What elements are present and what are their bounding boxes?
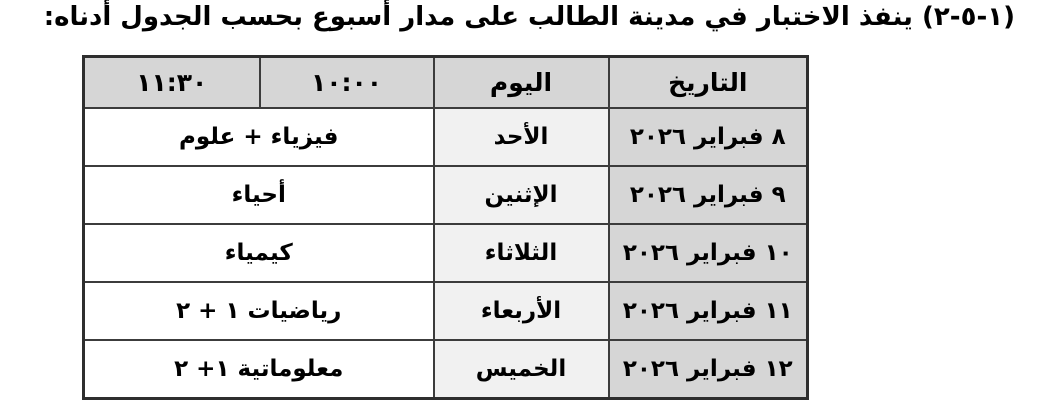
column-header-time-1000: ١٠:٠٠ [260, 57, 434, 109]
header-row: التاريخ اليوم ١٠:٠٠ ١١:٣٠ [84, 57, 808, 109]
column-header-time-1130: ١١:٣٠ [84, 57, 260, 109]
subject-cell: أحياء [84, 166, 434, 224]
subject-cell: فيزياء + علوم [84, 108, 434, 166]
day-cell: الأربعاء [434, 282, 609, 340]
table-row: ٨ فبراير ٢٠٢٦ الأحد فيزياء + علوم [84, 108, 808, 166]
subject-cell: معلوماتية ١+ ٢ [84, 340, 434, 399]
exam-schedule-heading: (١-٥-٢) ينفذ الاختبار في مدينة الطالب عل… [44, 2, 1015, 32]
date-cell: ٨ فبراير ٢٠٢٦ [609, 108, 808, 166]
day-cell: الخميس [434, 340, 609, 399]
subject-cell: رياضيات ١ + ٢ [84, 282, 434, 340]
date-cell: ١٢ فبراير ٢٠٢٦ [609, 340, 808, 399]
date-cell: ١٠ فبراير ٢٠٢٦ [609, 224, 808, 282]
day-cell: الثلاثاء [434, 224, 609, 282]
document-page: (١-٥-٢) ينفذ الاختبار في مدينة الطالب عل… [0, 0, 1041, 419]
column-header-date: التاريخ [609, 57, 808, 109]
date-cell: ١١ فبراير ٢٠٢٦ [609, 282, 808, 340]
date-cell: ٩ فبراير ٢٠٢٦ [609, 166, 808, 224]
exam-schedule-table: التاريخ اليوم ١٠:٠٠ ١١:٣٠ ٨ فبراير ٢٠٢٦ … [82, 55, 809, 400]
column-header-day: اليوم [434, 57, 609, 109]
day-cell: الأحد [434, 108, 609, 166]
day-cell: الإثنين [434, 166, 609, 224]
table-row: ٩ فبراير ٢٠٢٦ الإثنين أحياء [84, 166, 808, 224]
table-row: ١٠ فبراير ٢٠٢٦ الثلاثاء كيمياء [84, 224, 808, 282]
subject-cell: كيمياء [84, 224, 434, 282]
table-row: ١٢ فبراير ٢٠٢٦ الخميس معلوماتية ١+ ٢ [84, 340, 808, 399]
table-row: ١١ فبراير ٢٠٢٦ الأربعاء رياضيات ١ + ٢ [84, 282, 808, 340]
